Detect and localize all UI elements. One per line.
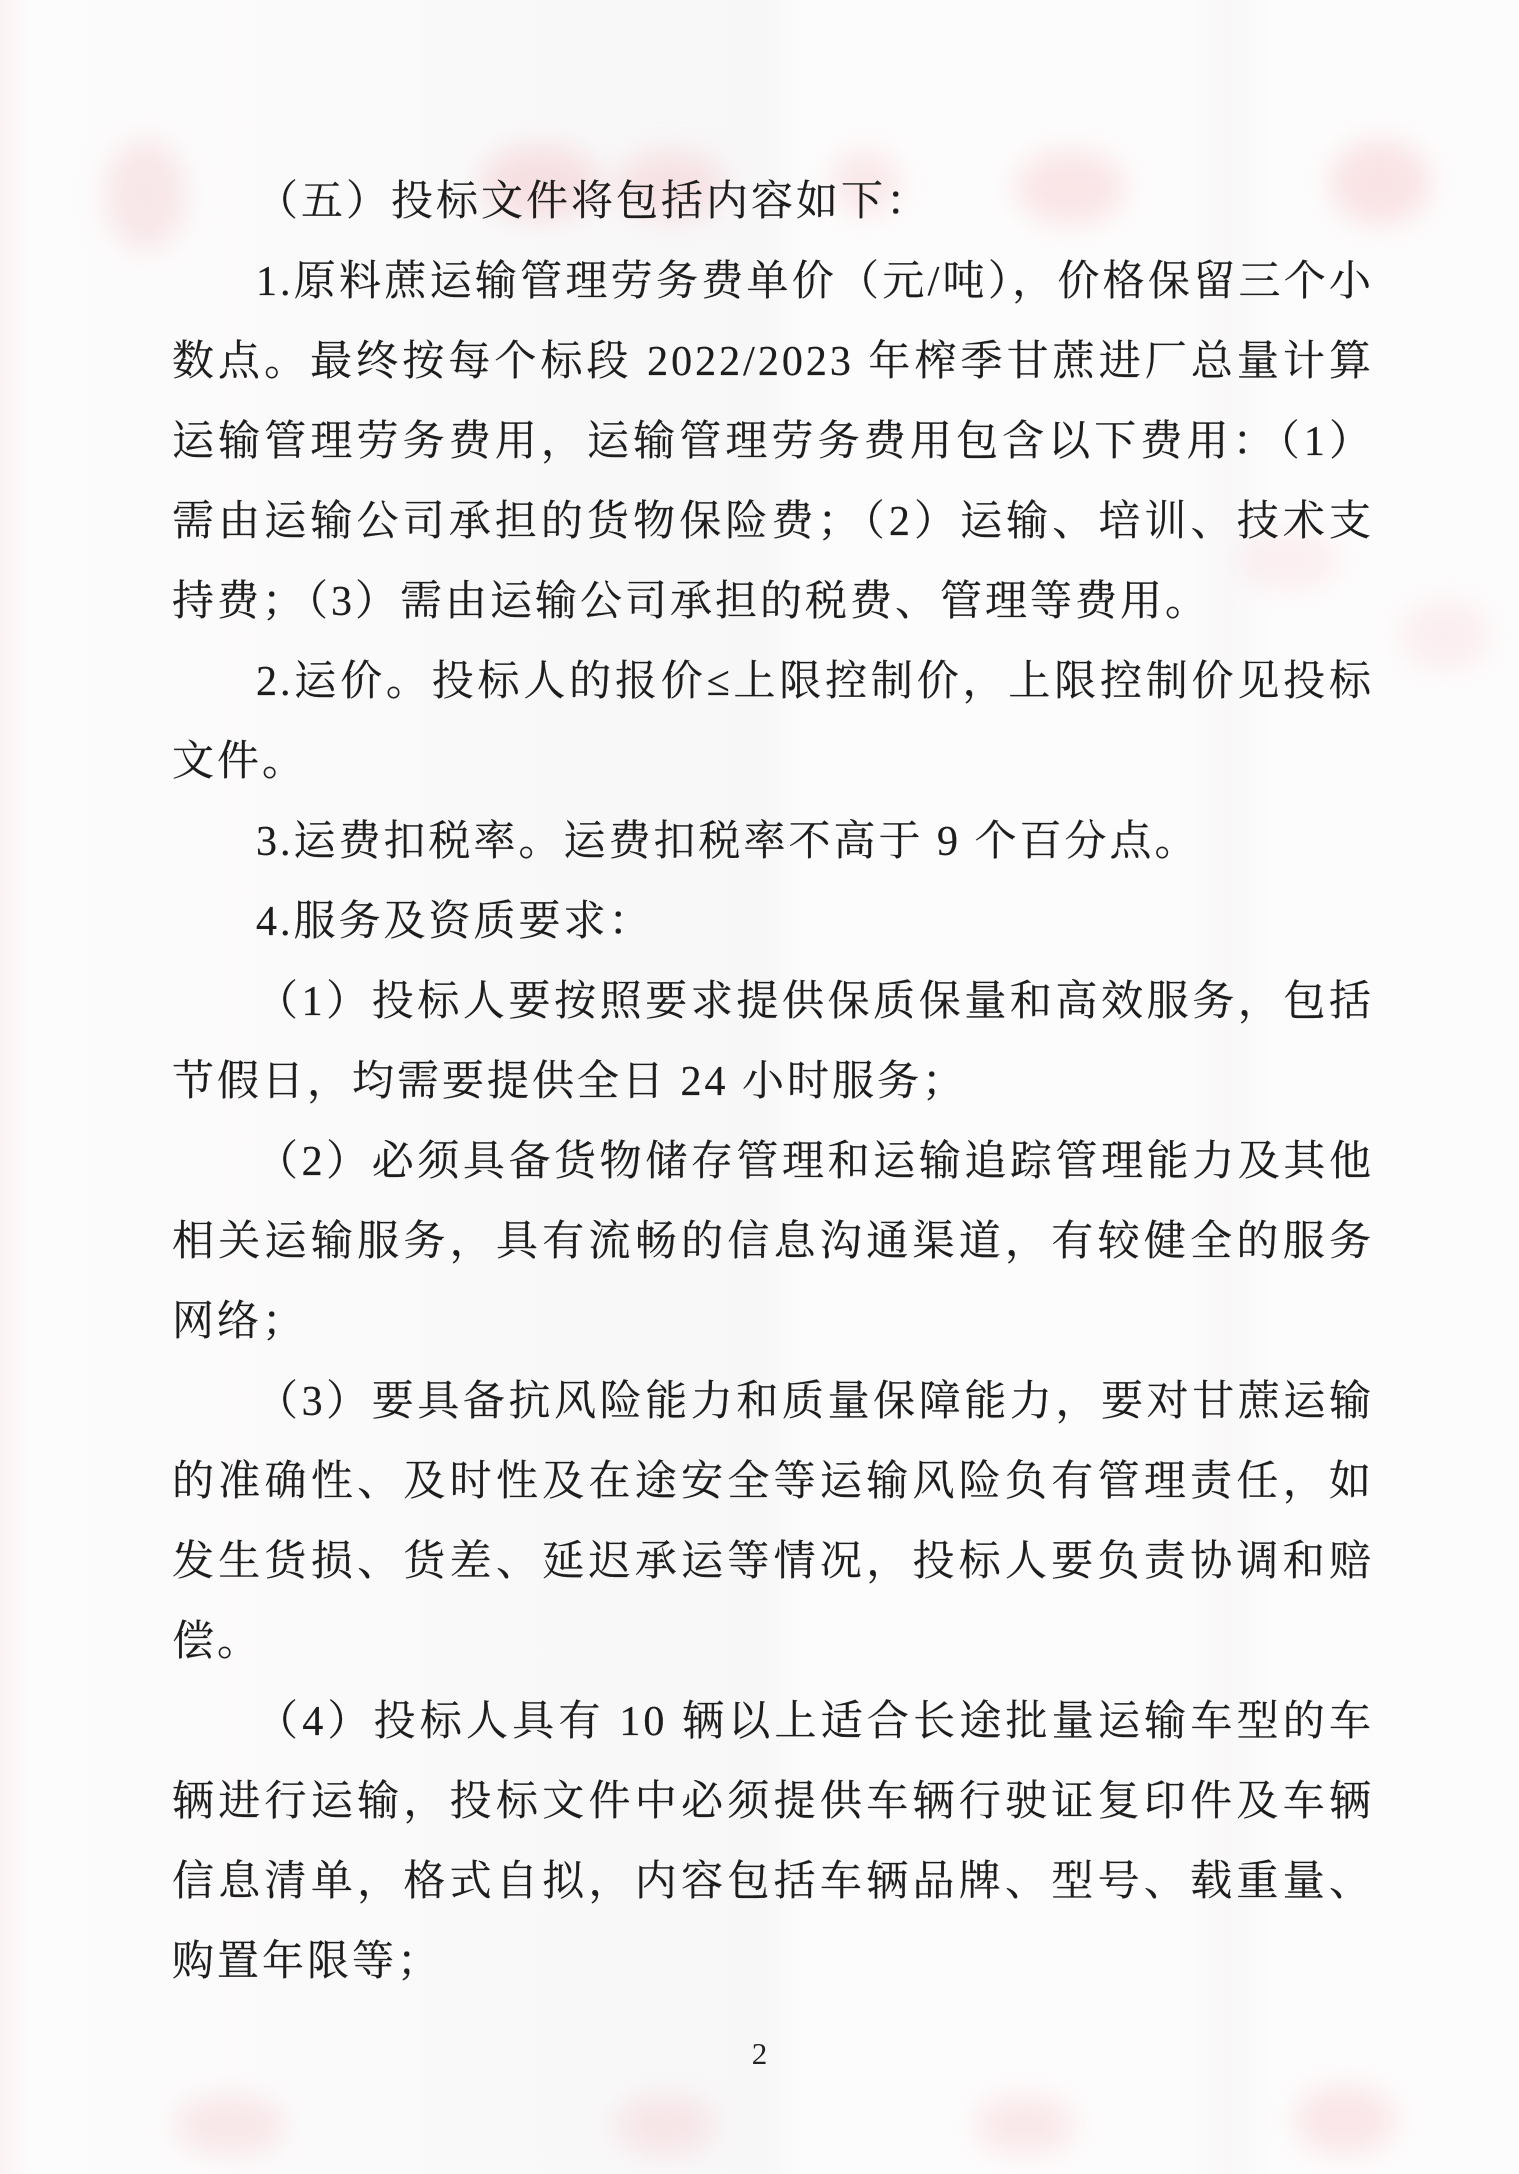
page-number: 2 [0, 2036, 1519, 2072]
paragraph-requirement-3: （3）要具备抗风险能力和质量保障能力，要对甘蔗运输的准确性、及时性及在途安全等运… [172, 1362, 1374, 1682]
paragraph-item3-tax-rate: 3.运费扣税率。运费扣税率不高于 9 个百分点。 [172, 802, 1374, 882]
document-body: （五）投标文件将包括内容如下： 1.原料蔗运输管理劳务费单价（元/吨），价格保留… [172, 162, 1374, 2002]
scanned-document-page: { "document": { "page_number": "2", "col… [0, 0, 1519, 2174]
paragraph-requirement-2: （2）必须具备货物储存管理和运输追踪管理能力及其他相关运输服务，具有流畅的信息沟… [172, 1122, 1374, 1362]
paragraph-requirement-1: （1）投标人要按照要求提供保质保量和高效服务，包括节假日，均需要提供全日 24 … [172, 962, 1374, 1122]
paragraph-requirement-4: （4）投标人具有 10 辆以上适合长途批量运输车型的车辆进行运输，投标文件中必须… [172, 1682, 1374, 2002]
paragraph-heading-section5: （五）投标文件将包括内容如下： [172, 162, 1374, 242]
paragraph-item2-freight-price: 2.运价。投标人的报价≤上限控制价，上限控制价见投标文件。 [172, 642, 1374, 802]
paragraph-item1-unit-price: 1.原料蔗运输管理劳务费单价（元/吨），价格保留三个小数点。最终按每个标段 20… [172, 242, 1374, 642]
paragraph-item4-service-requirements: 4.服务及资质要求： [172, 882, 1374, 962]
